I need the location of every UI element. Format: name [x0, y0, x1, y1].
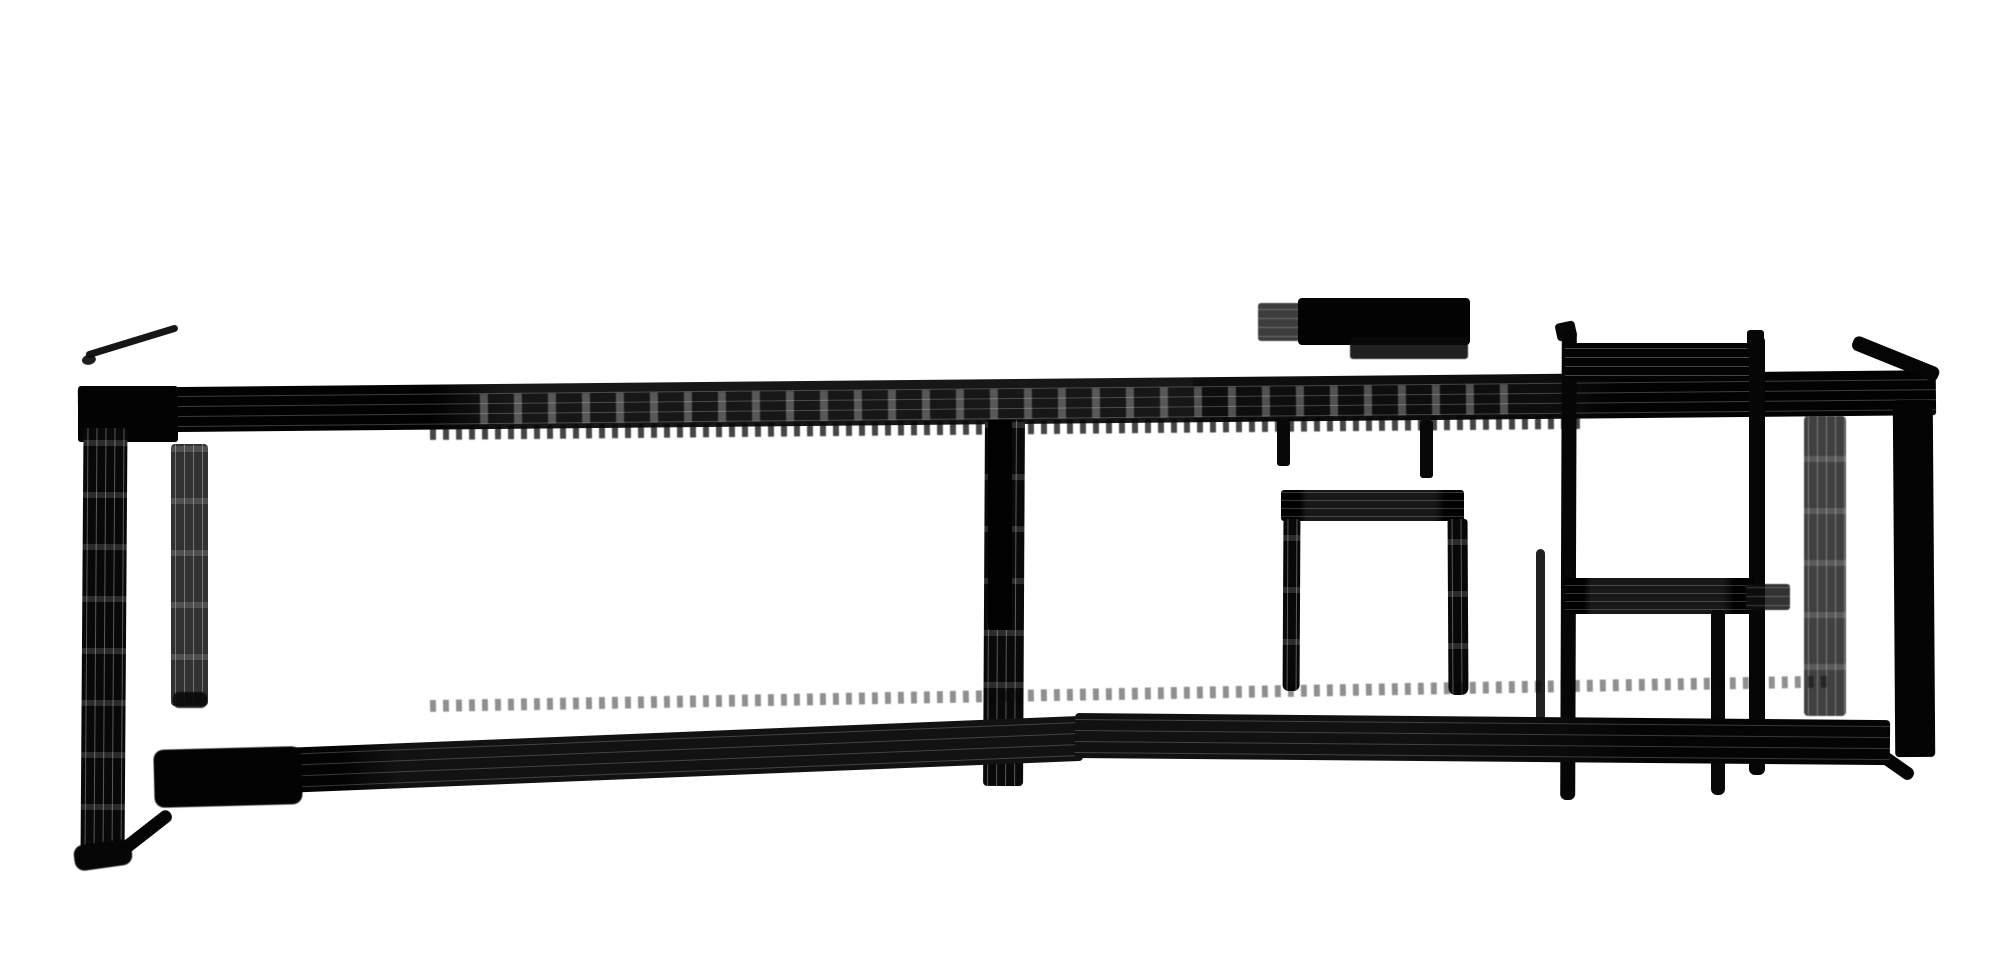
ink-brush-drawing-table-stool-chair [0, 0, 2000, 971]
chair-front-leg [1711, 610, 1725, 795]
table-leg-middle-dark-core [988, 420, 1012, 630]
stool-top-stroke-under-dab [1350, 337, 1468, 359]
table-leg-front-left [81, 428, 128, 856]
table-leg-rear-left-tip [173, 692, 207, 708]
stool-leg-left [1283, 519, 1301, 691]
stool-rear-leg-stub-right [1420, 420, 1433, 478]
stool-leg-right [1448, 519, 1469, 695]
stretcher-left-end-blob [153, 746, 302, 808]
chair-seat [1565, 578, 1753, 614]
stretcher-top-fringe [430, 676, 1830, 712]
table-leg-front-right [1893, 400, 1935, 757]
chair-back-post-right [1749, 337, 1765, 775]
stretcher-bar-right-section [1075, 713, 1890, 765]
stool-rear-leg-stub-left [1277, 420, 1290, 466]
chair-back-top-rail [1565, 343, 1763, 380]
stool-seat [1281, 490, 1464, 521]
table-leg-rear-left [171, 444, 208, 706]
table-leg-rear-right [1804, 416, 1846, 716]
chair-seat-drybrush-tail [1746, 584, 1790, 610]
table-top-left-corner-tick [85, 324, 179, 359]
